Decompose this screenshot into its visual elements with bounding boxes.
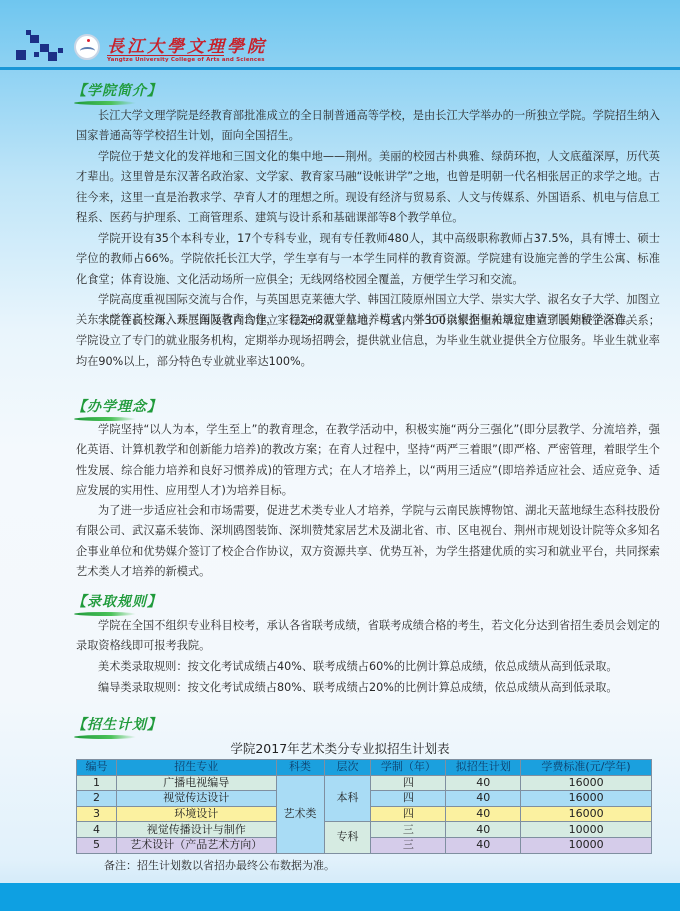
- header-category: 科类: [276, 760, 324, 776]
- section-title-enrollment-plan: 【招生计划】: [72, 714, 162, 734]
- table-title: 学院2017年艺术类分专业拟招生计划表: [0, 739, 680, 757]
- cell-years: 三: [371, 822, 446, 838]
- table-row: 4 视觉传播设计与制作 专科 三 40 10000: [77, 822, 652, 838]
- admission-rule-directing: 编导类录取规则：按文化考试成绩占80%、联考成绩占20%的比例计算总成绩，依总成…: [76, 678, 660, 698]
- section-title-intro: 【学院简介】: [72, 80, 162, 100]
- header-major: 招生专业: [116, 760, 276, 776]
- cell-no: 2: [77, 791, 117, 807]
- header-level: 层次: [324, 760, 371, 776]
- intro-paragraph: 长江大学文理学院是经教育部批准成立的全日制普通高等学校，是由长江大学举办的一所独…: [76, 106, 660, 147]
- cell-plan: 40: [446, 775, 521, 791]
- intro-paragraph: 学院位于楚文化的发祥地和三国文化的集中地——荆州。美丽的校园古朴典雅、绿荫环抱，…: [76, 147, 660, 229]
- table-note: 备注：招生计划数以省招办最终公布数据为准。: [104, 857, 335, 873]
- header-divider: [0, 67, 680, 70]
- enrollment-plan-table: 编号 招生专业 科类 层次 学制（年） 拟招生计划 学费标准(元/学年) 1 广…: [76, 759, 652, 854]
- philosophy-paragraph: 为了进一步适应社会和市场需要，促进艺术类专业人才培养，学院与云南民族博物馆、湖北…: [76, 501, 660, 583]
- cell-fee: 16000: [521, 775, 652, 791]
- cell-plan: 40: [446, 837, 521, 853]
- cell-plan: 40: [446, 791, 521, 807]
- college-emblem-icon: [74, 34, 100, 60]
- cell-major: 环境设计: [116, 806, 276, 822]
- cell-major: 视觉传达设计: [116, 791, 276, 807]
- cell-no: 3: [77, 806, 117, 822]
- college-name-en: Yangtze University College of Arts and S…: [107, 55, 224, 63]
- admission-rule-art: 美术类录取规则：按文化考试成绩占40%、联考成绩占60%的比例计算总成绩，依总成…: [76, 657, 660, 677]
- admission-paragraph: 学院在全国不组织专业科目校考，承认各省联考成绩，省联考成绩合格的考生，若文化分达…: [76, 616, 660, 657]
- section-title-admission-rules: 【录取规则】: [72, 591, 162, 611]
- cell-no: 1: [77, 775, 117, 791]
- cell-no: 4: [77, 822, 117, 838]
- cell-plan: 40: [446, 806, 521, 822]
- cell-years: 四: [371, 806, 446, 822]
- cell-years: 三: [371, 837, 446, 853]
- cell-plan: 40: [446, 822, 521, 838]
- cell-fee: 16000: [521, 806, 652, 822]
- cell-level-benke: 本科: [324, 775, 371, 822]
- cell-level-zhuanke: 专科: [324, 822, 371, 853]
- footer-band: [0, 883, 680, 911]
- header-fee: 学费标准(元/学年): [521, 760, 652, 776]
- cell-major: 艺术设计（产品艺术方向）: [116, 837, 276, 853]
- philosophy-paragraph: 学院坚持“以人为本，学生至上”的教育理念，在教学活动中，积极实施“两分三强化”(…: [76, 420, 660, 502]
- intro-paragraph: 学院开设有35个本科专业，17个专科专业，现有专任教师480人，其中高级职称教师…: [76, 229, 660, 290]
- section-title-philosophy: 【办学理念】: [72, 396, 162, 416]
- header-no: 编号: [77, 760, 117, 776]
- page-header: 長江大學文理學院 Yangtze University College of A…: [0, 0, 680, 68]
- cell-category: 艺术类: [276, 775, 324, 853]
- cell-years: 四: [371, 791, 446, 807]
- header-plan: 拟招生计划: [446, 760, 521, 776]
- cell-years: 四: [371, 775, 446, 791]
- cell-no: 5: [77, 837, 117, 853]
- college-name-cn: 長江大學文理學院: [107, 32, 267, 57]
- cell-major: 广播电视编导: [116, 775, 276, 791]
- cell-fee: 10000: [521, 837, 652, 853]
- header-years: 学制（年）: [371, 760, 446, 776]
- emblem-dot-icon: [87, 39, 90, 42]
- table-header-row: 编号 招生专业 科类 层次 学制（年） 拟招生计划 学费标准(元/学年): [77, 760, 652, 776]
- cell-major: 视觉传播设计与制作: [116, 822, 276, 838]
- intro-paragraph: 学院在长三角、珠三角及省内均建立了稳定的就业基地，与省内外300余家企业和单位建…: [76, 311, 660, 372]
- cell-fee: 16000: [521, 791, 652, 807]
- table-row: 1 广播电视编导 艺术类 本科 四 40 16000: [77, 775, 652, 791]
- cell-fee: 10000: [521, 822, 652, 838]
